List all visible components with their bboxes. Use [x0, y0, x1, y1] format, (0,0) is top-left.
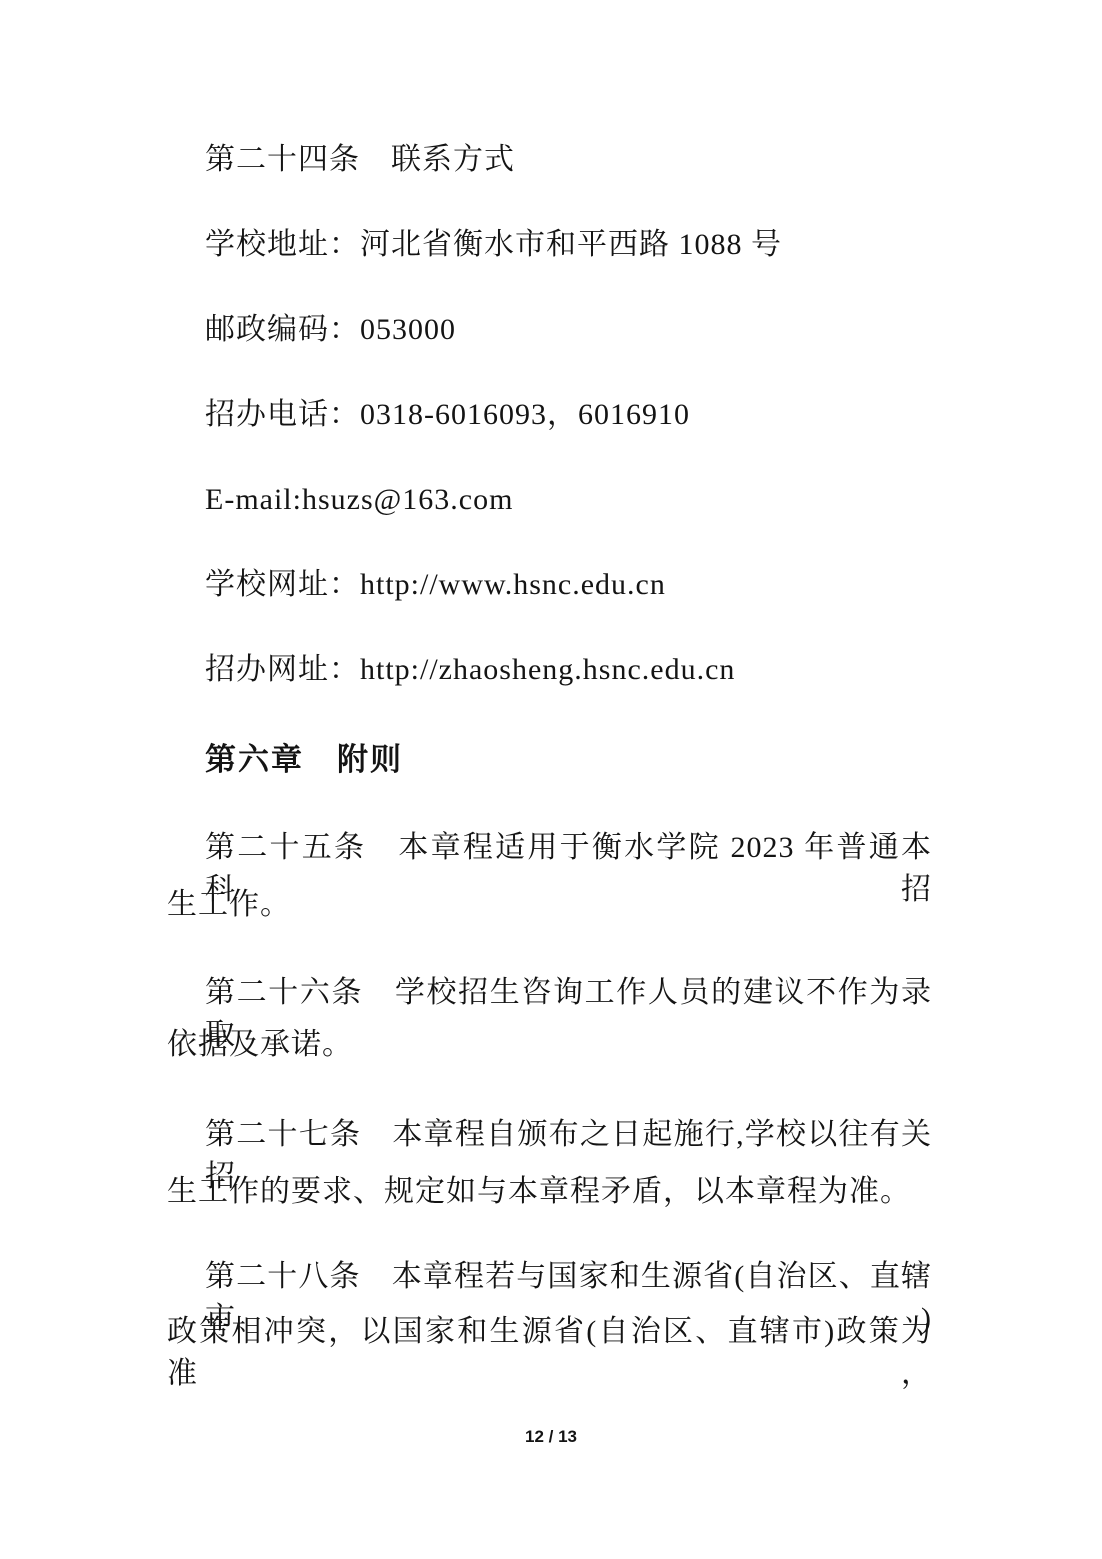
chapter-6-heading: 第六章 附则: [205, 739, 403, 781]
article-28-line-2: 政策相冲突，以国家和生源省(自治区、直辖市)政策为准，: [167, 1311, 932, 1395]
contact-email: E-mail:hsuzs@163.com: [205, 479, 513, 521]
article-26-line-2: 依据及承诺。: [167, 1024, 353, 1066]
article-25-line-2: 生工作。: [167, 884, 291, 926]
article-27-line-2: 生工作的要求、规定如与本章程矛盾，以本章程为准。: [167, 1171, 911, 1213]
page-number-footer: 12 / 13: [0, 1425, 1102, 1449]
contact-postal-code: 邮政编码：053000: [205, 309, 456, 351]
contact-admissions-website: 招办网址：http://zhaosheng.hsnc.edu.cn: [205, 649, 735, 691]
document-page: 第二十四条 联系方式 学校地址：河北省衡水市和平西路 1088 号 邮政编码：0…: [0, 0, 1102, 1559]
contact-phone: 招办电话：0318-6016093，6016910: [205, 394, 690, 436]
article-25-line-1: 第二十五条 本章程适用于衡水学院 2023 年普通本科招: [205, 827, 932, 911]
contact-school-website: 学校网址：http://www.hsnc.edu.cn: [205, 564, 666, 606]
article-24-title: 第二十四条 联系方式: [205, 139, 515, 181]
contact-address: 学校地址：河北省衡水市和平西路 1088 号: [205, 224, 782, 266]
